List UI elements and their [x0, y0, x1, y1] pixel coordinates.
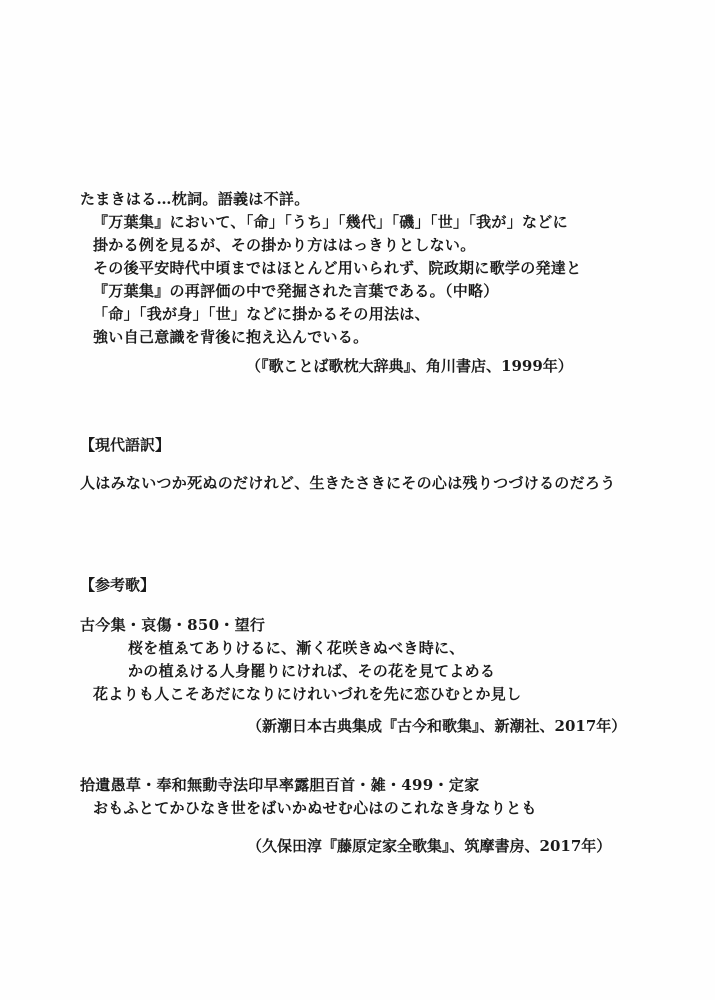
translation-heading: 【現代語訳】	[80, 436, 170, 454]
commentary-line: 強い自己意識を背後に抱え込んでいる。	[93, 328, 368, 346]
poem-verse: 花よりも人こそあだになりにけれいづれを先に恋ひむとか見し	[93, 685, 521, 703]
translation-text: 人はみないつか死ぬのだけれど、生きたさきにその心は残りつづけるのだろう	[80, 474, 616, 492]
commentary-citation: （『歌ことば歌枕大辞典』、角川書店、1999年）	[246, 357, 573, 375]
poem-preface-line: かの植ゑける人身罷りにければ、その花を見てよめる	[128, 662, 495, 680]
commentary-line: 掛かる例を見るが、その掛かり方ははっきりとしない。	[93, 236, 476, 254]
poem-citation: （新潮日本古典集成『古今和歌集』、新潮社、2017年）	[247, 717, 626, 735]
poem-verse: おもふとてかひなき世をばいかぬせむ心はのこれなき身なりとも	[93, 799, 537, 817]
commentary-line: 『万葉集』の再評価の中で発掘された言葉である。（中略）	[93, 282, 499, 300]
poem-citation: （久保田淳『藤原定家全歌集』、筑摩書房、2017年）	[247, 837, 611, 855]
reference-heading: 【参考歌】	[80, 576, 155, 594]
commentary-line: 「命」「我が身」「世」などに掛かるその用法は、	[93, 305, 430, 323]
commentary-line: 『万葉集』において、「命」「うち」「幾代」「磯」「世」「我が」などに	[93, 213, 568, 231]
commentary-line: その後平安時代中頃まではほとんど用いられず、院政期に歌学の発達と	[93, 259, 581, 277]
poem-preface-line: 桜を植ゑてありけるに、漸く花咲きぬべき時に、	[128, 639, 465, 657]
poem-source: 拾遺愚草・奉和無動寺法印早率露胆百首・雑・499・定家	[80, 776, 479, 794]
commentary-line: たまきはる…枕詞。語義は不詳。	[80, 190, 310, 208]
poem-source: 古今集・哀傷・850・望行	[80, 616, 265, 634]
